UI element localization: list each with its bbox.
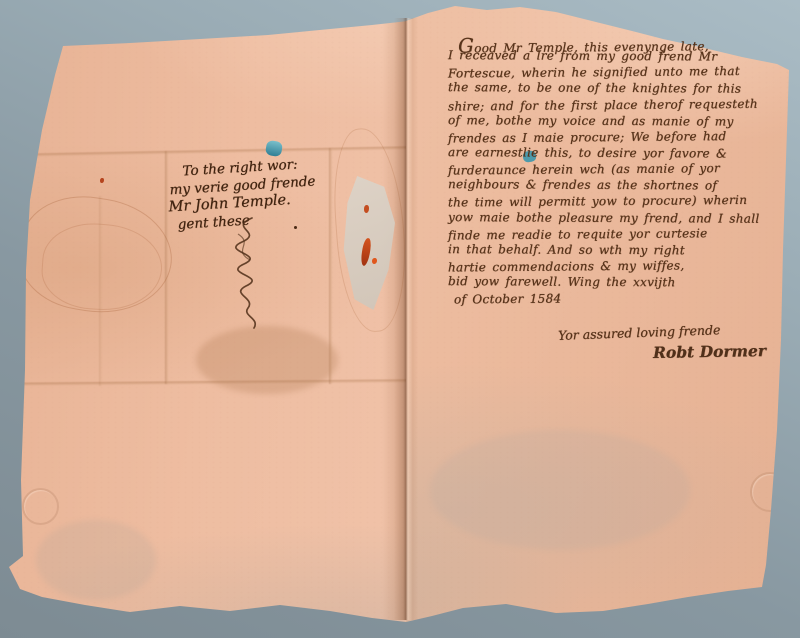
letter-text: Good Mr Temple, this evenynge late, I re… [448, 33, 793, 307]
stain [430, 430, 690, 550]
manuscript-photo: To the right wor: my verie good frende M… [0, 0, 800, 638]
paraph-flourish [208, 216, 288, 336]
blind-stamp-right [750, 472, 790, 512]
letter-line: shire; and for the first place therof re… [448, 96, 793, 115]
letter-line: the same, to be one of the knightes for … [448, 81, 793, 99]
signature-name: Robt Dormer [653, 341, 766, 362]
letter-line: yow maie bothe pleasure my frend, and I … [448, 210, 793, 228]
letter-line: of October 1584 [454, 290, 793, 309]
letter-line: the time will permitt yow to procure) wh… [448, 193, 793, 212]
